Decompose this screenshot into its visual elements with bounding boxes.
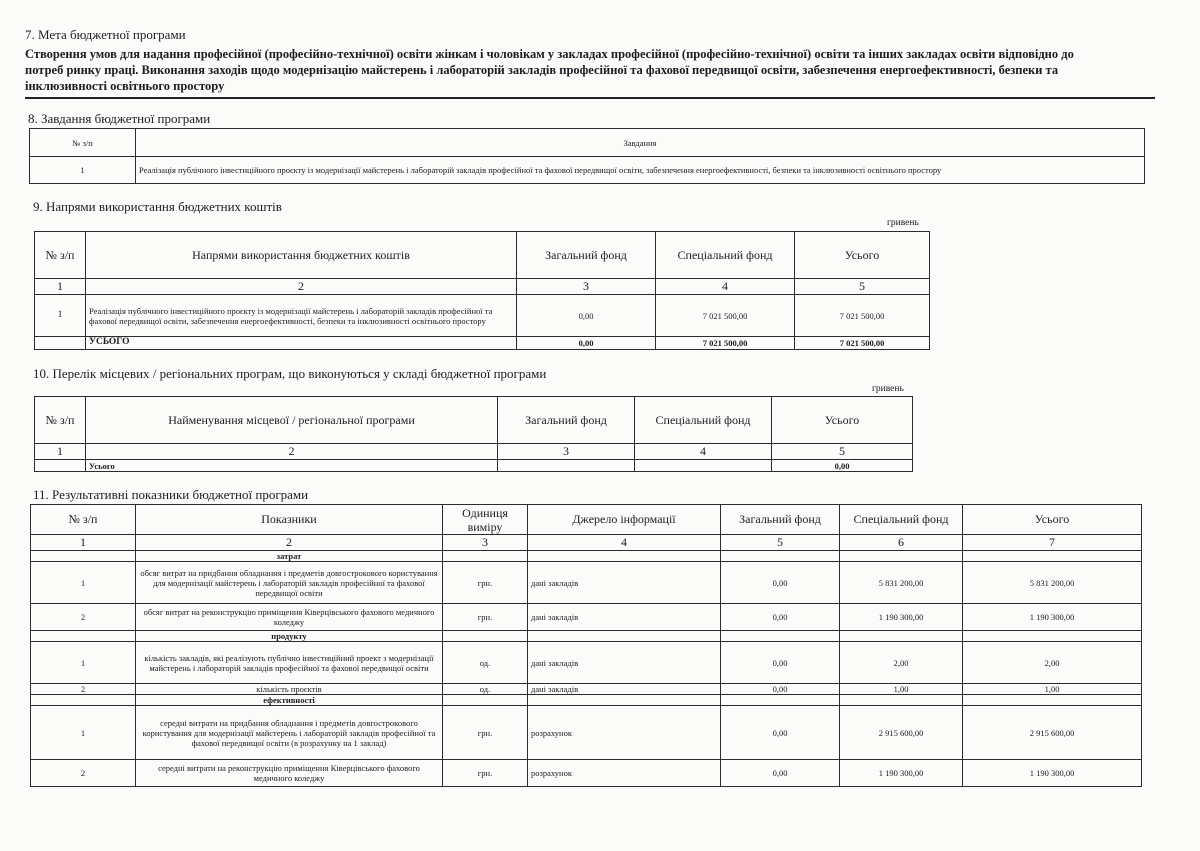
- info-source: дані закладів: [528, 684, 721, 695]
- general-fund: 0,00: [721, 760, 840, 787]
- row-number: 1: [30, 157, 136, 184]
- empty-cell: [528, 551, 721, 562]
- total: 2,00: [963, 642, 1142, 684]
- total: 2 915 600,00: [963, 706, 1142, 760]
- column-number: 1: [35, 279, 86, 295]
- header-cell: Усього: [963, 505, 1142, 535]
- table-row: 2кількість проєктівод.дані закладів0,001…: [31, 684, 1142, 695]
- table-header-row: № з/п Найменування місцевої / регіональн…: [35, 397, 913, 444]
- row-number: 2: [31, 604, 136, 631]
- divider: [25, 97, 1155, 99]
- table-row: 2середні витрати на реконструкцію приміщ…: [31, 760, 1142, 787]
- section-11-title: 11. Результативні показники бюджетної пр…: [33, 487, 308, 503]
- empty-cell: [35, 460, 86, 472]
- empty-cell: [528, 695, 721, 706]
- header-cell: Джерело інформації: [528, 505, 721, 535]
- section-9-title: 9. Напрями використання бюджетних коштів: [33, 199, 282, 215]
- row-number: 1: [35, 295, 86, 337]
- table-row: 2обсяг витрат на реконструкцію приміщенн…: [31, 604, 1142, 631]
- special-fund: 2,00: [840, 642, 963, 684]
- section-10-title: 10. Перелік місцевих / регіональних прог…: [33, 366, 546, 382]
- empty-cell: [840, 631, 963, 642]
- direction-name: Реалізація публічного інвестиційного про…: [86, 295, 517, 337]
- regional-programs-table: № з/п Найменування місцевої / регіональн…: [34, 396, 913, 472]
- header-cell: № з/п: [30, 129, 136, 157]
- table-row: 1 Реалізація публічного інвестиційного п…: [30, 157, 1145, 184]
- row-number: 1: [31, 706, 136, 760]
- empty-cell: [721, 551, 840, 562]
- general-fund-total: 0,00: [517, 337, 656, 350]
- empty-cell: [840, 551, 963, 562]
- tasks-table: № з/п Завдання 1 Реалізація публічного і…: [29, 128, 1145, 184]
- empty-cell: [840, 695, 963, 706]
- goal-line: потреб ринку праці. Виконання заходів що…: [25, 62, 1155, 78]
- table-row: 1середні витрати на придбання обладнання…: [31, 706, 1142, 760]
- measure-unit: од.: [443, 642, 528, 684]
- column-number-row: 1 2 3 4 5: [35, 444, 913, 460]
- measure-unit: грн.: [443, 760, 528, 787]
- header-cell: Найменування місцевої / регіональної про…: [86, 397, 498, 444]
- table-row: 1обсяг витрат на придбання обладнання і …: [31, 562, 1142, 604]
- empty-cell: [31, 631, 136, 642]
- total-label: Усього: [86, 460, 498, 472]
- column-number: 6: [840, 535, 963, 551]
- task-text: Реалізація публічного інвестиційного про…: [136, 157, 1145, 184]
- column-number: 3: [443, 535, 528, 551]
- indicator-group-row: продукту: [31, 631, 1142, 642]
- goal-line: інклюзивності освітнього простору: [25, 78, 1155, 94]
- special-fund: 1 190 300,00: [840, 604, 963, 631]
- header-cell: Показники: [136, 505, 443, 535]
- special-fund-total: 7 021 500,00: [656, 337, 795, 350]
- info-source: розрахунок: [528, 706, 721, 760]
- column-number: 2: [86, 279, 517, 295]
- column-number: 7: [963, 535, 1142, 551]
- indicator-group-name: ефективності: [136, 695, 443, 706]
- info-source: дані закладів: [528, 562, 721, 604]
- indicator-group-row: ефективності: [31, 695, 1142, 706]
- info-source: дані закладів: [528, 642, 721, 684]
- header-cell: Напрями використання бюджетних коштів: [86, 232, 517, 279]
- indicator-group-name: продукту: [136, 631, 443, 642]
- column-number-row: 1 2 3 4 5: [35, 279, 930, 295]
- table-header-row: № з/п Показники Одиниця виміру Джерело і…: [31, 505, 1142, 535]
- grand-total: 7 021 500,00: [795, 337, 930, 350]
- general-fund: 0,00: [721, 642, 840, 684]
- row-number: 2: [31, 760, 136, 787]
- column-number: 3: [498, 444, 635, 460]
- empty-cell: [721, 695, 840, 706]
- info-source: розрахунок: [528, 760, 721, 787]
- empty-cell: [963, 551, 1142, 562]
- indicator-name: кількість проєктів: [136, 684, 443, 695]
- measure-unit: грн.: [443, 706, 528, 760]
- header-cell: № з/п: [31, 505, 136, 535]
- section-8-title: 8. Завдання бюджетної програми: [28, 111, 210, 127]
- general-fund: 0,00: [721, 706, 840, 760]
- row-number: 1: [31, 642, 136, 684]
- general-fund-total: [498, 460, 635, 472]
- column-number: 5: [772, 444, 913, 460]
- empty-cell: [31, 695, 136, 706]
- special-fund: 7 021 500,00: [656, 295, 795, 337]
- general-fund: 0,00: [721, 684, 840, 695]
- indicator-group-name: затрат: [136, 551, 443, 562]
- header-cell: № з/п: [35, 232, 86, 279]
- empty-cell: [963, 695, 1142, 706]
- column-number: 5: [795, 279, 930, 295]
- header-cell: Загальний фонд: [517, 232, 656, 279]
- indicator-name: середні витрати на реконструкцію приміще…: [136, 760, 443, 787]
- budget-directions-table: № з/п Напрями використання бюджетних кош…: [34, 231, 930, 350]
- total: 7 021 500,00: [795, 295, 930, 337]
- indicator-name: середні витрати на придбання обладнання …: [136, 706, 443, 760]
- table-header-row: № з/п Завдання: [30, 129, 1145, 157]
- goal-line: Створення умов для надання професійної (…: [25, 46, 1155, 62]
- row-number: 1: [31, 562, 136, 604]
- column-number: 2: [136, 535, 443, 551]
- table-row: 1кількість закладів, які реалізують публ…: [31, 642, 1142, 684]
- info-source: дані закладів: [528, 604, 721, 631]
- indicator-name: кількість закладів, які реалізують публі…: [136, 642, 443, 684]
- empty-cell: [721, 631, 840, 642]
- header-cell: Завдання: [136, 129, 1145, 157]
- performance-indicators-table: № з/п Показники Одиниця виміру Джерело і…: [30, 504, 1142, 787]
- header-cell: Загальний фонд: [498, 397, 635, 444]
- empty-cell: [31, 551, 136, 562]
- special-fund-total: [635, 460, 772, 472]
- total-row: Усього 0,00: [35, 460, 913, 472]
- section-7-title: 7. Мета бюджетної програми: [25, 27, 186, 43]
- empty-cell: [443, 631, 528, 642]
- special-fund: 5 831 200,00: [840, 562, 963, 604]
- empty-cell: [443, 695, 528, 706]
- header-cell: Усього: [772, 397, 913, 444]
- indicator-name: обсяг витрат на реконструкцію приміщення…: [136, 604, 443, 631]
- empty-cell: [528, 631, 721, 642]
- column-number: 5: [721, 535, 840, 551]
- currency-unit: гривень: [887, 218, 919, 228]
- indicator-name: обсяг витрат на придбання обладнання і п…: [136, 562, 443, 604]
- general-fund: 0,00: [721, 562, 840, 604]
- special-fund: 1,00: [840, 684, 963, 695]
- total: 1 190 300,00: [963, 760, 1142, 787]
- header-cell: Спеціальний фонд: [656, 232, 795, 279]
- header-cell: Одиниця виміру: [443, 505, 528, 535]
- header-cell: Спеціальний фонд: [635, 397, 772, 444]
- column-number: 1: [31, 535, 136, 551]
- column-number-row: 1 2 3 4 5 6 7: [31, 535, 1142, 551]
- table-row: 1 Реалізація публічного інвестиційного п…: [35, 295, 930, 337]
- empty-cell: [963, 631, 1142, 642]
- measure-unit: грн.: [443, 562, 528, 604]
- currency-unit: гривень: [872, 384, 904, 394]
- total: 5 831 200,00: [963, 562, 1142, 604]
- table-header-row: № з/п Напрями використання бюджетних кош…: [35, 232, 930, 279]
- measure-unit: грн.: [443, 604, 528, 631]
- column-number: 2: [86, 444, 498, 460]
- header-cell: Спеціальний фонд: [840, 505, 963, 535]
- column-number: 4: [656, 279, 795, 295]
- special-fund: 1 190 300,00: [840, 760, 963, 787]
- column-number: 3: [517, 279, 656, 295]
- column-number: 4: [528, 535, 721, 551]
- header-cell: Загальний фонд: [721, 505, 840, 535]
- general-fund: 0,00: [721, 604, 840, 631]
- indicator-group-row: затрат: [31, 551, 1142, 562]
- general-fund: 0,00: [517, 295, 656, 337]
- header-cell: № з/п: [35, 397, 86, 444]
- total-label: УСЬОГО: [86, 337, 517, 350]
- empty-cell: [443, 551, 528, 562]
- header-cell: Усього: [795, 232, 930, 279]
- column-number: 1: [35, 444, 86, 460]
- measure-unit: од.: [443, 684, 528, 695]
- empty-cell: [35, 337, 86, 350]
- budget-program-goal: Створення умов для надання професійної (…: [25, 46, 1155, 94]
- special-fund: 2 915 600,00: [840, 706, 963, 760]
- total-row: УСЬОГО 0,00 7 021 500,00 7 021 500,00: [35, 337, 930, 350]
- grand-total: 0,00: [772, 460, 913, 472]
- total: 1 190 300,00: [963, 604, 1142, 631]
- column-number: 4: [635, 444, 772, 460]
- row-number: 2: [31, 684, 136, 695]
- total: 1,00: [963, 684, 1142, 695]
